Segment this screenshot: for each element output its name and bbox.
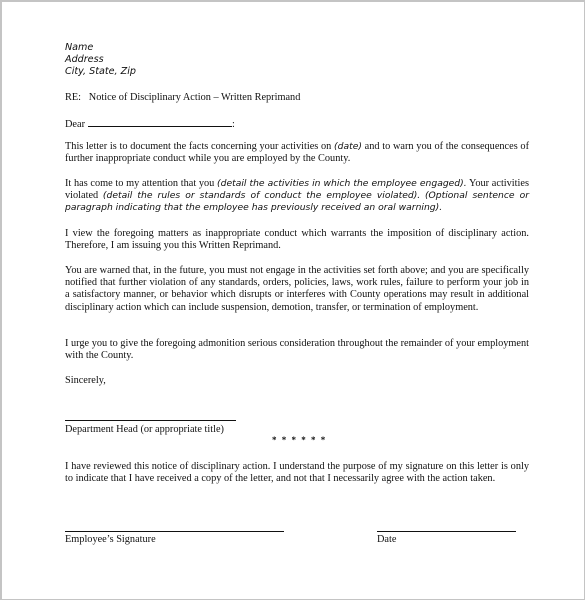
p2-text-a: It has come to my attention that you [65, 178, 217, 189]
department-head-label: Department Head (or appropriate title) [65, 424, 224, 435]
paragraph-4: You are warned that, in the future, you … [65, 265, 529, 314]
sender-name: Name [65, 42, 136, 54]
re-subject: Notice of Disciplinary Action – Written … [89, 92, 301, 103]
sender-city-state-zip: City, State, Zip [65, 66, 136, 78]
separator-stars: * * * * * * [272, 435, 327, 445]
paragraph-5: I urge you to give the foregoing admonit… [65, 338, 529, 362]
salutation: Dear: [65, 117, 235, 131]
salutation-punctuation: : [232, 119, 235, 130]
date-placeholder: (date) [334, 141, 362, 152]
paragraph-3: I view the foregoing matters as inapprop… [65, 228, 529, 252]
paragraph-1: This letter is to document the facts con… [65, 141, 529, 165]
acknowledgment-paragraph: I have reviewed this notice of disciplin… [65, 461, 529, 485]
department-head-signature-line[interactable] [65, 420, 236, 421]
detail-activities-placeholder: (detail the activities in which the empl… [217, 178, 467, 189]
paragraph-2: It has come to my attention that you (de… [65, 178, 529, 215]
recipient-name-blank[interactable] [88, 117, 232, 127]
closing: Sincerely, [65, 375, 106, 387]
p1-text-a: This letter is to document the facts con… [65, 141, 334, 152]
detail-rules-placeholder: (detail the rules or standards of conduc… [103, 190, 420, 201]
sender-street: Address [65, 54, 136, 66]
document-page: Name Address City, State, Zip RE: Notice… [0, 0, 585, 600]
employee-signature-line[interactable] [65, 531, 284, 532]
sender-address: Name Address City, State, Zip [65, 42, 136, 79]
re-label: RE: [65, 92, 81, 103]
employee-signature-label: Employee’s Signature [65, 534, 156, 545]
salutation-greeting: Dear [65, 119, 85, 130]
date-signature-line[interactable] [377, 531, 516, 532]
date-label: Date [377, 534, 396, 545]
re-line: RE: Notice of Disciplinary Action – Writ… [65, 92, 300, 104]
